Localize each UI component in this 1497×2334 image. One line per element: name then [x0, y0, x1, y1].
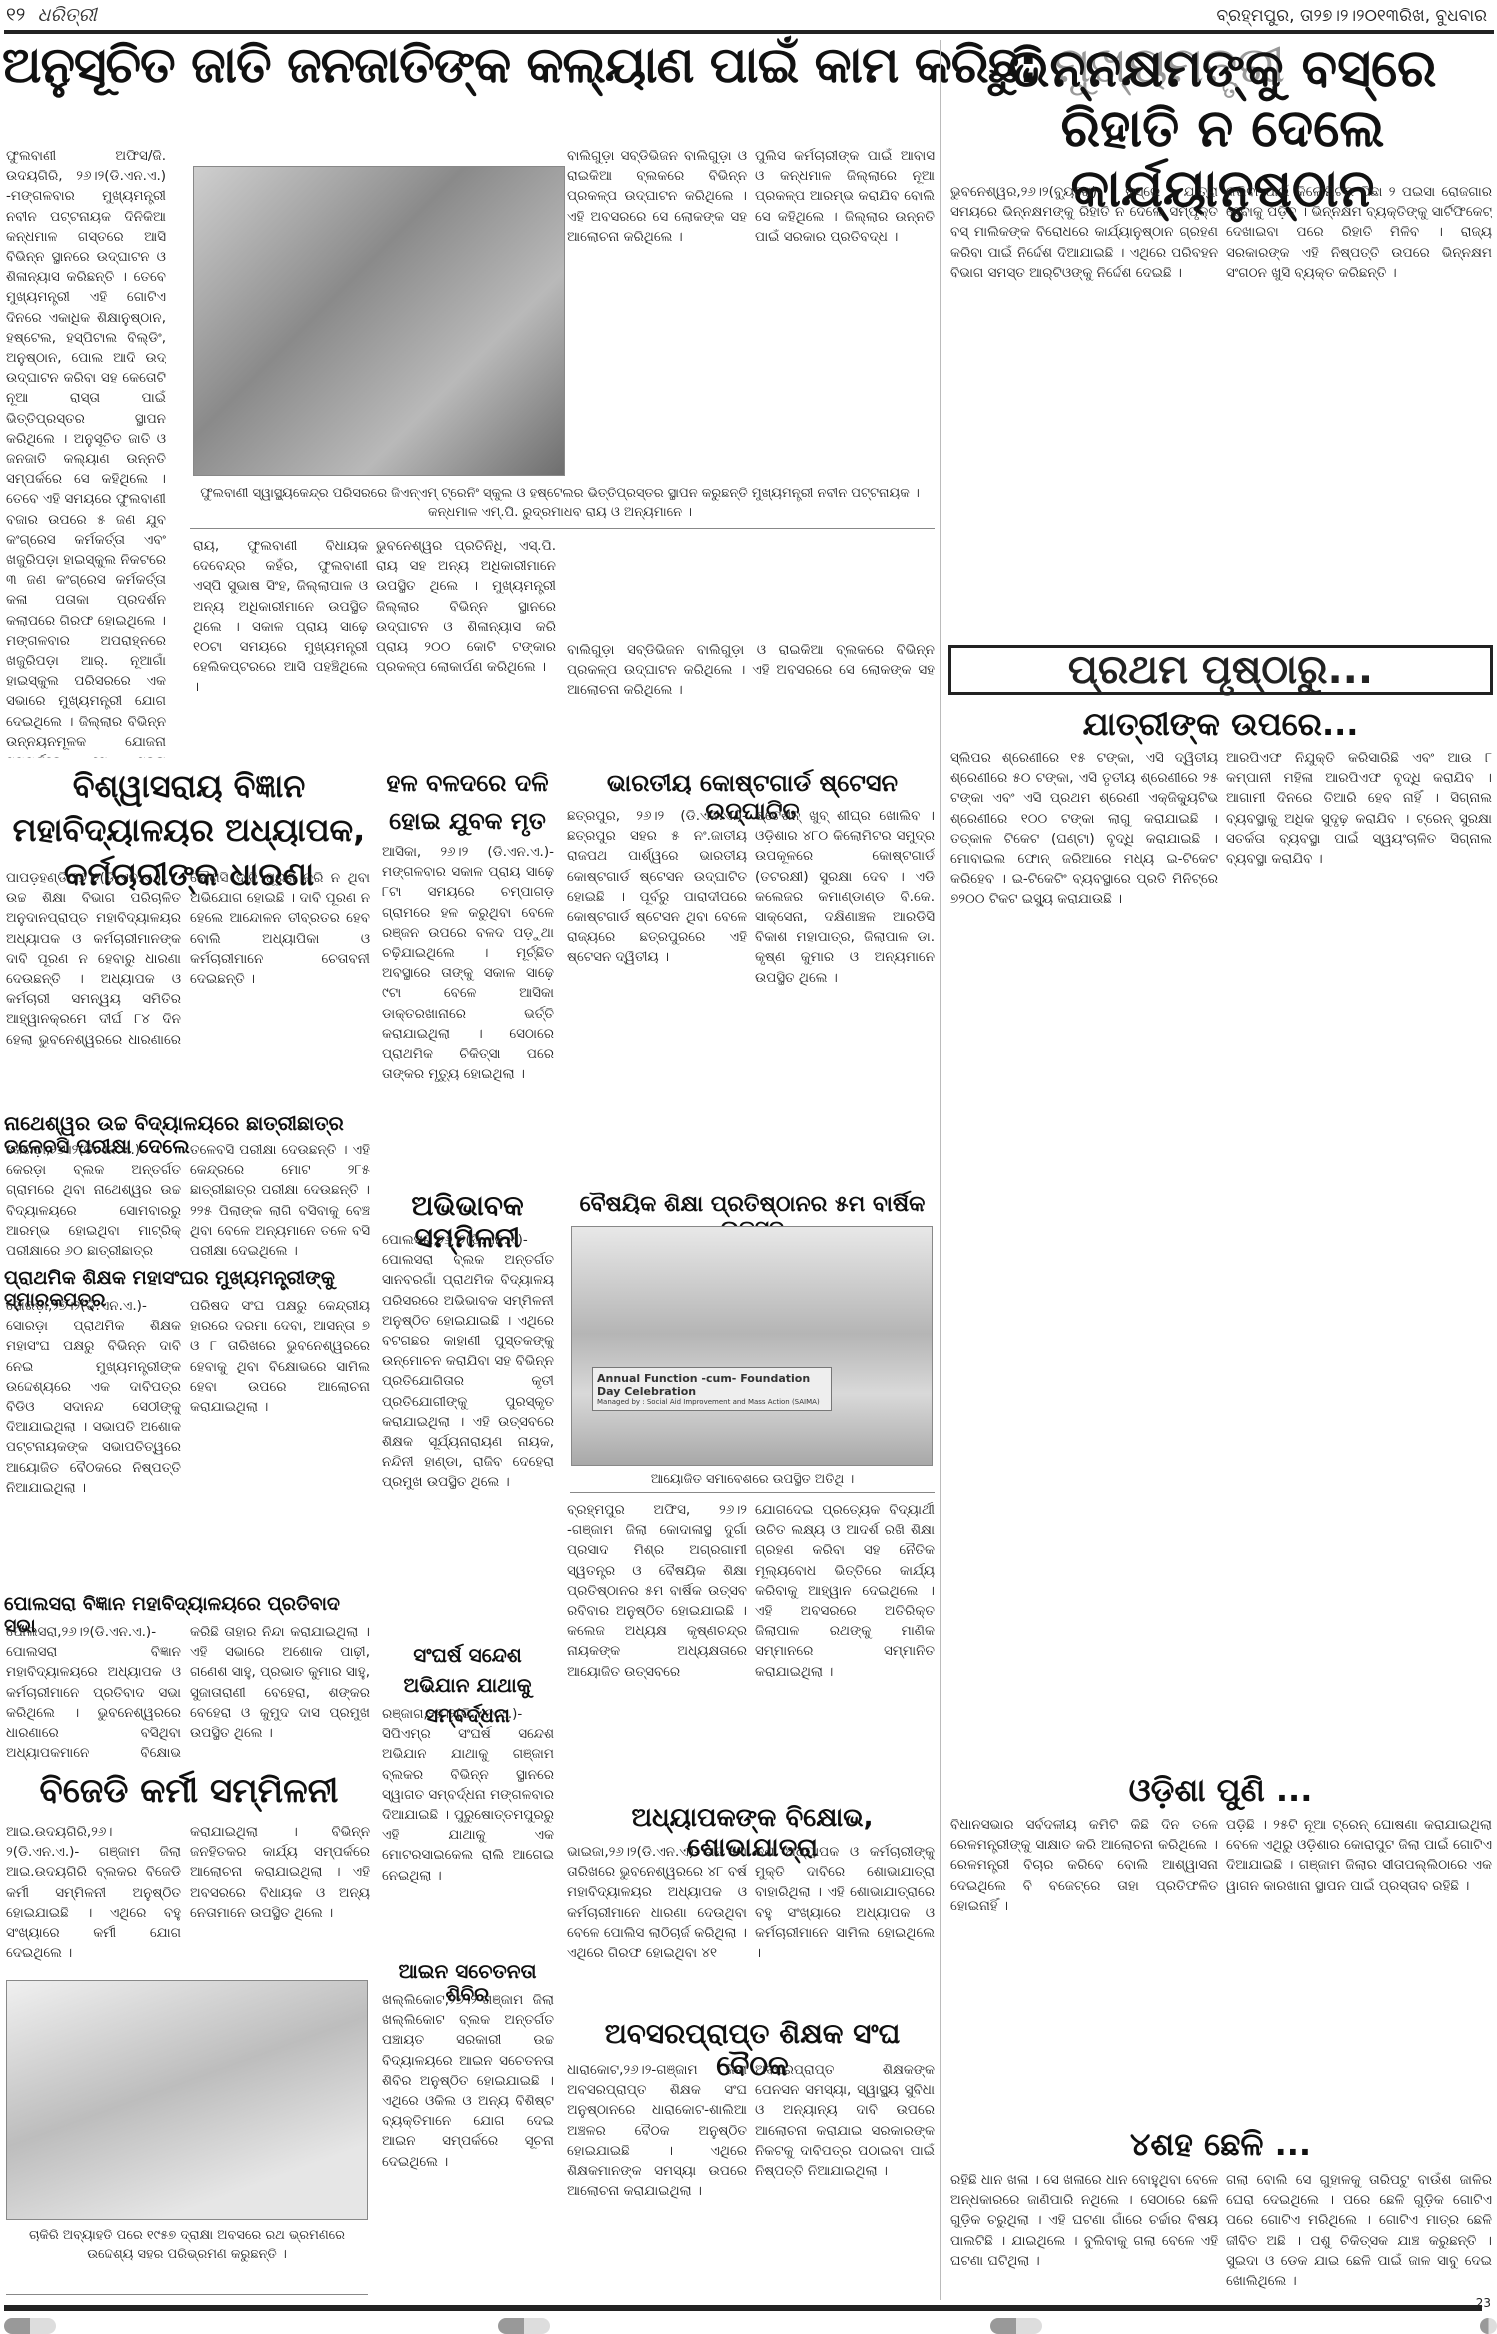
- footer-page-number: 23: [1476, 2296, 1491, 2310]
- coastguard-col1: ଛତ୍ରପୁର, ୨୬।୨ (ଡି.ଏନ.ଏ.)- ଛତ୍ରପୁର ସହର ୫ …: [567, 806, 747, 1186]
- page-number: ୧୨: [6, 4, 25, 26]
- natheswar-col1: କେରଡ଼ା,୨୬।୨(ଡି.ଏନ.ଏ.)- କେରଡ଼ା ବ୍ଲକ ଅନ୍ତର…: [6, 1140, 181, 1260]
- masthead-rule: [4, 30, 1494, 34]
- abhibhabak-body: ପୋଲସରା,୨୬।୨(ଡି.ଏନ.ଏ)- ପୋଲସରା ବ୍ଲକ ଅନ୍ତର୍…: [382, 1230, 554, 1630]
- photo-banner: Annual Function -cum- Foundation Day Cel…: [592, 1367, 832, 1411]
- page-tab-marker: [990, 2318, 1042, 2334]
- divider: [570, 1492, 935, 1493]
- vaishayika-photo: Annual Function -cum- Foundation Day Cel…: [571, 1226, 933, 1466]
- vissasaraya-col2: କୌଣସି ଦାବି ପୂରଣ କରି ନ ଥିବା ଅଭିଯୋଗ ହୋଇଛି …: [190, 868, 370, 1050]
- right-lead-col2: କରିବା ପାଇଁ କିଲୋମିଟର ପିଛା ୨ ପଇସା ରୋଜଗାର ହ…: [1226, 182, 1492, 627]
- section-odisha-col1: ବିଧାନସଭାର ସର୍ବଦଳୀୟ କମିଟି କିଛି ଦିନ ତଳେ ରେ…: [950, 1815, 1218, 2115]
- page-tab-marker: [4, 2318, 56, 2334]
- lead-story-col3: ଭୁବନେଶ୍ୱର ପ୍ରତିନିଧି, ଏସ୍.ପି. ରାୟ ସହ ଅନ୍ୟ…: [376, 536, 556, 756]
- abasara-col2: ଅବସରପ୍ରାପ୍ତ ଶିକ୍ଷକଙ୍କ ପେନସନ ସମସ୍ୟା, ସ୍ୱା…: [755, 2060, 935, 2295]
- section-title-jatri: ଯାତ୍ରୀଙ୍କ ଉପରେ...: [948, 706, 1493, 743]
- page-tab-marker: [498, 2318, 550, 2334]
- front-page-box-title: ପ୍ରଥମ ପୃଷ୍ଠାରୁ...: [948, 645, 1493, 695]
- column-divider: [940, 40, 941, 2300]
- section-title-chheli: ୪ଶହ ଛେଳି ...: [948, 2126, 1493, 2163]
- smarakapatra-col2: ପରିଷଦ ସଂଘ ପକ୍ଷରୁ କେନ୍ଦ୍ରୀୟ ହାରରେ ଦରମା ଦେ…: [190, 1296, 370, 1586]
- section-chheli-col1: ରହିଛି ଧାନ ଖଳା । ସେ ଖଳାରେ ଧାନ ବୋହୁଥିବା ବେ…: [950, 2170, 1218, 2295]
- lead-story-col4: ବାଲିଗୁଡ଼ା ସବ୍‌ଡିଭିଜନ ବାଲିଗୁଡ଼ା ଓ ରାଇକିଆ …: [567, 146, 747, 636]
- divider: [190, 528, 935, 529]
- bikhyobha-col1: ଭାଇଜା,୨୬।୨(ଡି.ଏନ.ଏ)- ଗତ ୨୩ ତାରିଖରେ ଭୁବନେ…: [567, 1842, 747, 2012]
- bijd-col1: ଆଇ.ଉଦୟଗିରି,୨୬।୨(ଡି.ଏନ.ଏ.)- ଗଞ୍ଜାମ ଜିଲା ଆ…: [6, 1822, 181, 1974]
- section-title-odisha: ଓଡ଼ିଶା ପୁଣି ...: [948, 1772, 1493, 1809]
- hala-body: ଆସିକା, ୨୬।୨ (ଡି.ଏନ.ଏ.)- ମଙ୍ଗଳବାର ସକାଳ ପ୍…: [382, 842, 554, 1182]
- vaishayika-col1: ବ୍ରହ୍ମପୁର ଅଫିସ, ୨୬।୨ -ଗଞ୍ଜାମ ଜିଲା କୋଦାଳା…: [567, 1500, 747, 1780]
- vaishayika-col2: ଯୋଗଦେଇ ପ୍ରତ୍ୟେକ ବିଦ୍ୟାର୍ଥୀ ଉଚିତ ଲକ୍ଷ୍ୟ ଓ…: [755, 1500, 935, 1780]
- bijd-photo-caption: ଚାକିରି ଅବ୍ୟାହତି ପରେ ୧୯୫୭ ଦ୍ରାକ୍ଷା ଅବସରେ …: [6, 2226, 368, 2264]
- coastguard-col2: ଷ୍ଟେଶନ୍ ଖୁବ୍ ଶୀଘ୍ର ଖୋଲିବ । ଓଡ଼ିଶାର ୪୮୦ କ…: [755, 806, 935, 1186]
- lead-photo-caption: ଫୁଲବାଣୀ ସ୍ୱାସ୍ଥ୍ୟକେନ୍ଦ୍ର ପରିସରରେ ଜିଏନ୍‌ଏ…: [190, 484, 930, 522]
- page-tab-marker: [1480, 2318, 1497, 2334]
- polsara-col2: କରିଛି ତାହାର ନିନ୍ଦା କରାଯାଇଥିଲା । ଏହି ସଭାର…: [190, 1622, 370, 1766]
- dateline: ବ୍ରହ୍ମପୁର, ତା୨୭।୨।୨୦୧୩ରିଖ, ବୁଧବାର: [1216, 6, 1487, 26]
- lead-story-col2: ରାୟ, ଫୁଲବାଣୀ ବିଧାୟକ ଦେବେନ୍ଦ୍ର କହଁର, ଫୁଲବ…: [193, 536, 368, 756]
- section-odisha-col2: ପଡ଼ିଛି । ୨୫ଟି ନୂଆ ଟ୍ରେନ୍ ଘୋଷଣା କରାଯାଇଥିଲ…: [1226, 1815, 1492, 2115]
- bijd-col2: କରାଯାଇଥିଲା । ବିଭିନ୍ନ ଜନହିତକର କାର୍ଯ୍ୟ ସମ୍…: [190, 1822, 370, 1974]
- masthead-page-info: ୧୨ ଧରିତ୍ରୀ: [6, 4, 97, 26]
- lead-story-col1: ଫୁଲବାଣୀ ଅଫିସ/ଜି. ଉଦୟଗିରି, ୨୬।୨(ଡି.ଏନ.ଏ.)…: [6, 146, 166, 758]
- natheswar-col2: ତଳେବସି ପରୀକ୍ଷା ଦେଉଛନ୍ତି । ଏହି କେନ୍ଦ୍ରରେ …: [190, 1140, 370, 1260]
- sangharsha-body: ରଞ୍ଜାଗ,୨୬।୨(ଡି.ଏନ.ଏ.)- ସିପିଏମ୍‌ର ସଂଘର୍ଷ …: [382, 1704, 554, 1954]
- lead-story-col5: ପୁଲିସ କର୍ମଚାରୀଙ୍କ ପାଇଁ ଆବାସ ଓ କନ୍ଧମାଳ ଜି…: [755, 146, 935, 636]
- bijd-photo: [6, 1980, 368, 2220]
- lead-story-col4-cont: ବାଲିଗୁଡ଼ା ସବ୍‌ଡିଭିଜନ ବାଲିଗୁଡ଼ା ଓ ରାଇକିଆ …: [567, 640, 935, 755]
- headline-bijd: ବିଜେଡି କର୍ମୀ ସମ୍ମିଳନୀ: [4, 1772, 374, 1811]
- footer-rule: [4, 2305, 1482, 2311]
- section-jatri-col2: ଆରପିଏଫ ନିଯୁକ୍ତି କରିସାରିଛି ଏବଂ ଆଉ ୮ କମ୍ପା…: [1226, 748, 1492, 1763]
- aina-body: ଖଲ୍ଲିକୋଟ,୨୬।୨-ଗଞ୍ଜାମ ଜିଲା ଖଲ୍ଲିକୋଟ ବ୍ଲକ …: [382, 1990, 554, 2290]
- section-jatri-col1: ସ୍ଲିପର ଶ୍ରେଣୀରେ ୧୫ ଟଙ୍କା, ଏସି ଦ୍ୱିତୀୟ ଶ୍…: [950, 748, 1218, 1763]
- right-lead-col1: ଭୁବନେଶ୍ୱର,୨୬।୨(ବ୍ୟୁରୋ)- ବସ୍‌ରେ ଯାତ୍ରା ସମ…: [950, 182, 1218, 627]
- polsara-col1: ପୋଲସରା,୨୬।୨(ଡି.ଏନ.ଏ.)- ପୋଲସରା ବିଜ୍ଞାନ ମହ…: [6, 1622, 181, 1766]
- smarakapatra-col1: ସୋରଡ଼ା,୨୬।୨(ଡି.ଏନ.ଏ.)- ସୋରଡ଼ା ପ୍ରାଥମିକ ଶ…: [6, 1296, 181, 1586]
- bikhyobha-col2: ଜଣ ଅଧ୍ୟାପକ ଓ କର୍ମଚାରୀଙ୍କୁ ମୁକ୍ତି ଦାବିରେ …: [755, 1842, 935, 2012]
- abasara-col1: ଧାରାକୋଟ,୨୬।୨-ଗଞ୍ଜାମ ଜିଲା ଅବସରପ୍ରାପ୍ତ ଶିକ…: [567, 2060, 747, 2295]
- divider: [6, 2294, 368, 2295]
- section-chheli-col2: ଗଲା ବୋଲି ସେ ଗୁହାଳକୁ ତାରିପଟୁ ବାଉଁଶ ଜାଳିର …: [1226, 2170, 1492, 2295]
- headline-hala: ହଳ ବଳଦରେ ଦଳି ହୋଇ ଯୁବକ ମୃତ: [380, 764, 555, 840]
- paper-name: ଧରିତ୍ରୀ: [37, 4, 96, 26]
- vissasaraya-col1: ପାପଡ଼ହଣ୍ଡି,୨୬।୨(ଡି.ଏନ.ଏ.)- ଉଚ୍ଚ ଶିକ୍ଷା ବ…: [6, 868, 181, 1050]
- lead-story-photo: [193, 166, 565, 476]
- vaishayika-caption: ଆୟୋଜିତ ସମାବେଶରେ ଉପସ୍ଥିତ ଅତିଥି ।: [565, 1470, 940, 1489]
- lead-headline: ଅନୁସୂଚିତ ଜାତି ଜନଜାତିଙ୍କ କଲ୍ୟାଣ ପାଇଁ କାମ …: [2, 38, 937, 93]
